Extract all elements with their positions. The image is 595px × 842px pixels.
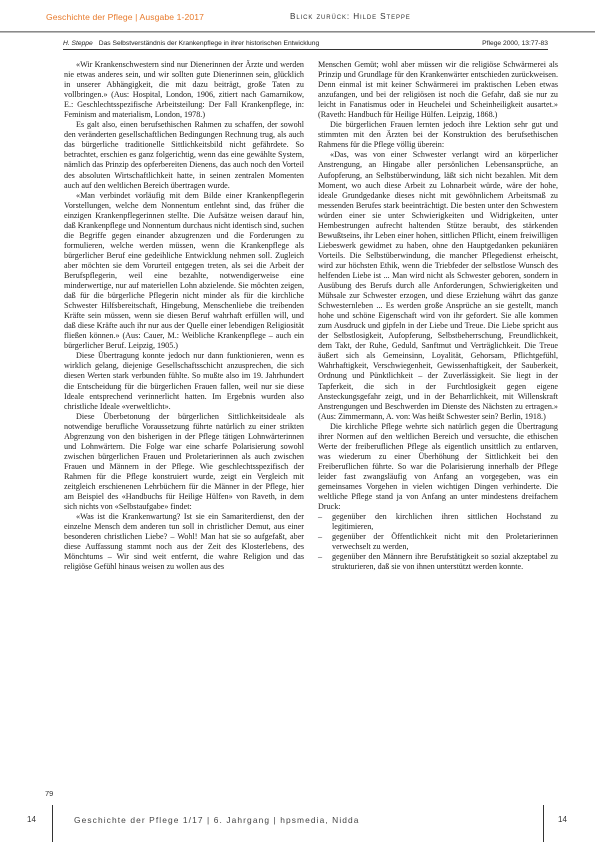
section-label: Blick zurück: Hilde Steppe [290,12,411,21]
bullet-item: gegenüber den kirchlichen ihren sittlich… [318,512,558,532]
margin-page-number: 79 [45,789,53,798]
page-number-left: 14 [27,815,36,824]
paragraph: «Wir Krankenschwestern sind nur Dienerin… [64,60,304,120]
footer-publication: Geschichte der Pflege 1/17 | 6. Jahrgang… [74,815,360,825]
paragraph: «Was ist die Krankenwartung? Ist sie ein… [64,512,304,572]
header-divider [0,31,595,33]
footer-divider-left [52,805,53,842]
paragraph: Diese Überbetonung der bürgerlichen Sitt… [64,412,304,512]
footer: 14 Geschichte der Pflege 1/17 | 6. Jahrg… [0,805,595,842]
paragraph: Die bürgerlichen Frauen lernten jedoch i… [318,120,558,150]
bullet-list: gegenüber den kirchlichen ihren sittlich… [318,512,558,572]
paragraph: Menschen Gemüt; wohl aber müssen wir die… [318,60,558,120]
bullet-item: gegenüber der Öffentlichkeit nicht mit d… [318,532,558,552]
footer-divider-right [543,805,544,842]
running-head-author: H. Steppe [63,40,93,47]
running-head-title: Das Selbstverständnis der Krankenpflege … [99,40,319,47]
paragraph: Diese Übertragung konnte jedoch nur dann… [64,351,304,411]
series-label: Geschichte der Pflege | Ausgabe 1-2017 [46,12,204,22]
running-head-left: H. SteppeDas Selbstverständnis der Krank… [63,40,319,47]
paragraph: «Man verbindet vorläufig mit dem Bilde e… [64,191,304,352]
left-column: «Wir Krankenschwestern sind nur Dienerin… [64,60,304,572]
running-head: H. SteppeDas Selbstverständnis der Krank… [63,40,548,50]
paragraph: Es galt also, einen berufsethischen Rahm… [64,120,304,190]
running-head-citation: Pflege 2000, 13:77-83 [482,40,548,47]
bullet-item: gegenüber den Männern ihre Berufstätigke… [318,552,558,572]
right-column: Menschen Gemüt; wohl aber müssen wir die… [318,60,558,572]
paragraph: Die kirchliche Pflege wehrte sich natürl… [318,422,558,512]
page-number-right: 14 [558,815,567,824]
paragraph: «Das, was von einer Schwester verlangt w… [318,150,558,421]
